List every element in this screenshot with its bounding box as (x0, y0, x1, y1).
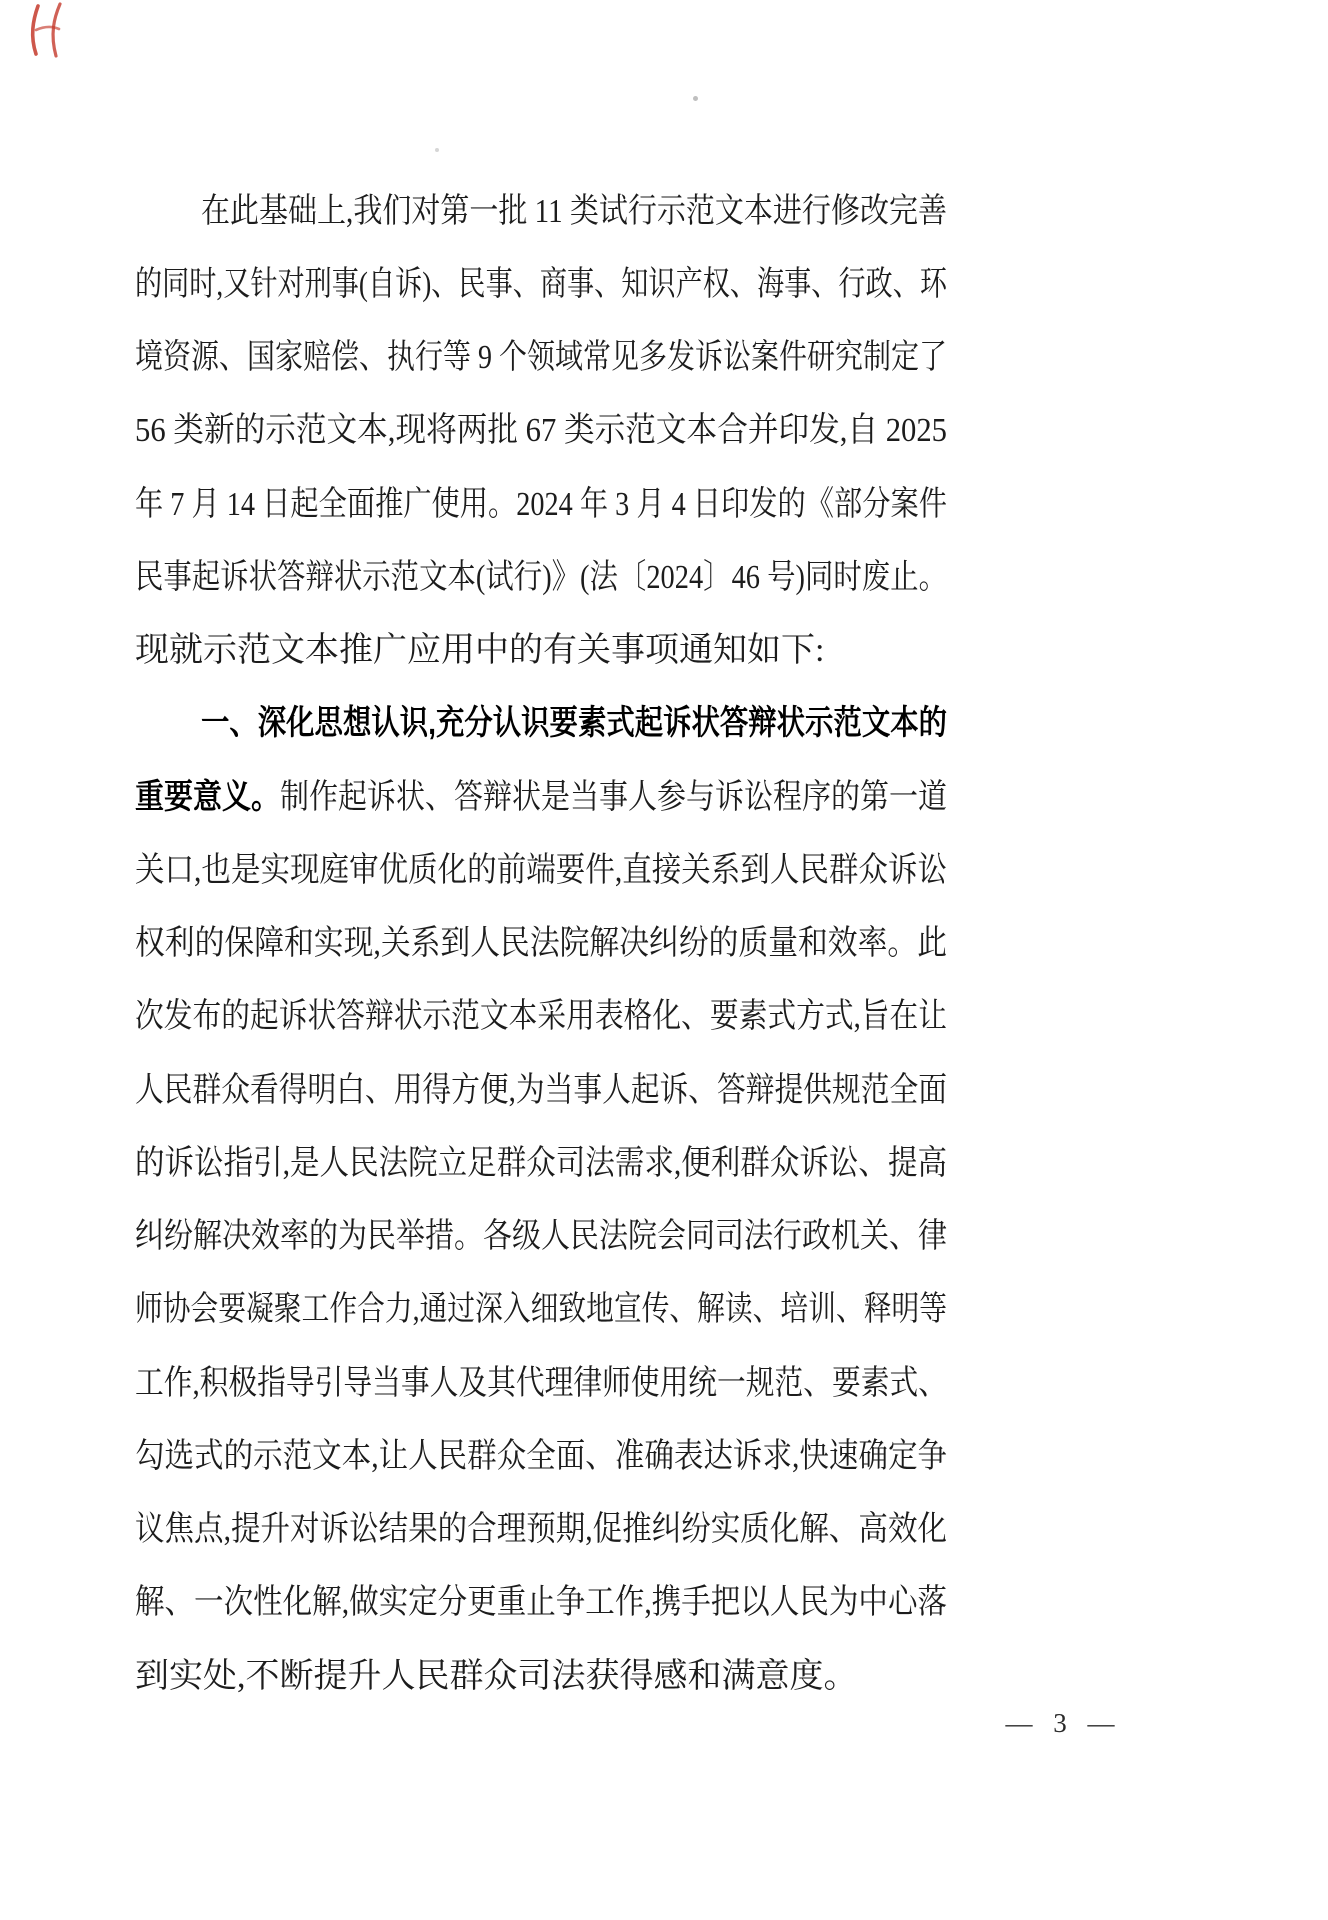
document-line: 人民群众看得明白、用得方便,为当事人起诉、答辩提供规范全面 (135, 1054, 947, 1127)
document-line: 勾选式的示范文本,让人民群众全面、准确表达诉求,快速确定争 (135, 1420, 947, 1493)
page-number-label: — 3 — (1006, 1708, 1115, 1738)
document-line: 现就示范文本推广应用中的有关事项通知如下: (135, 614, 947, 687)
scan-speck (435, 148, 439, 152)
document-line: 次发布的起诉状答辩状示范文本采用表格化、要素式方式,旨在让 (135, 980, 947, 1053)
document-line: 纠纷解决效率的为民举措。各级人民法院会同司法行政机关、律 (135, 1200, 947, 1273)
document-line: 的同时,又针对刑事(自诉)、民事、商事、知识产权、海事、行政、环 (135, 248, 947, 321)
handwritten-red-pen-mark (14, 0, 124, 70)
document-line: 工作,积极指导引导当事人及其代理律师使用统一规范、要素式、 (135, 1347, 947, 1420)
document-line: 议焦点,提升对诉讼结果的合理预期,促推纠纷实质化解、高效化 (135, 1493, 947, 1566)
document-line: 解、一次性化解,做实定分更重止争工作,携手把以人民为中心落 (135, 1566, 947, 1639)
document-line: 关口,也是实现庭审优质化的前端要件,直接关系到人民群众诉讼 (135, 834, 947, 907)
page-number: — 3 — (975, 1700, 1145, 1746)
scanned-notice-page: 在此基础上,我们对第一批 11 类试行示范文本进行修改完善的同时,又针对刑事(自… (0, 0, 1328, 1920)
document-line: 的诉讼指引,是人民法院立足群众司法需求,便利群众诉讼、提高 (135, 1127, 947, 1200)
document-line: 在此基础上,我们对第一批 11 类试行示范文本进行修改完善 (135, 175, 947, 248)
document-line: 重要意义。制作起诉状、答辩状是当事人参与诉讼程序的第一道 (135, 761, 947, 834)
document-line: 到实处,不断提升人民群众司法获得感和满意度。 (135, 1640, 947, 1713)
document-line: 一、深化思想认识,充分认识要素式起诉状答辩状示范文本的 (135, 687, 947, 760)
document-line: 境资源、国家赔偿、执行等 9 个领域常见多发诉讼案件研究制定了 (135, 321, 947, 394)
document-line: 师协会要凝聚工作合力,通过深入细致地宣传、解读、培训、释明等 (135, 1273, 947, 1346)
document-line: 权利的保障和实现,关系到人民法院解决纠纷的质量和效率。此 (135, 907, 947, 980)
document-line: 56 类新的示范文本,现将两批 67 类示范文本合并印发,自 2025 (135, 394, 947, 467)
document-line: 年 7 月 14 日起全面推广使用。2024 年 3 月 4 日印发的《部分案件 (135, 468, 947, 541)
document-line: 民事起诉状答辩状示范文本(试行)》(法〔2024〕46 号)同时废止。 (135, 541, 947, 614)
scan-speck (693, 96, 698, 101)
